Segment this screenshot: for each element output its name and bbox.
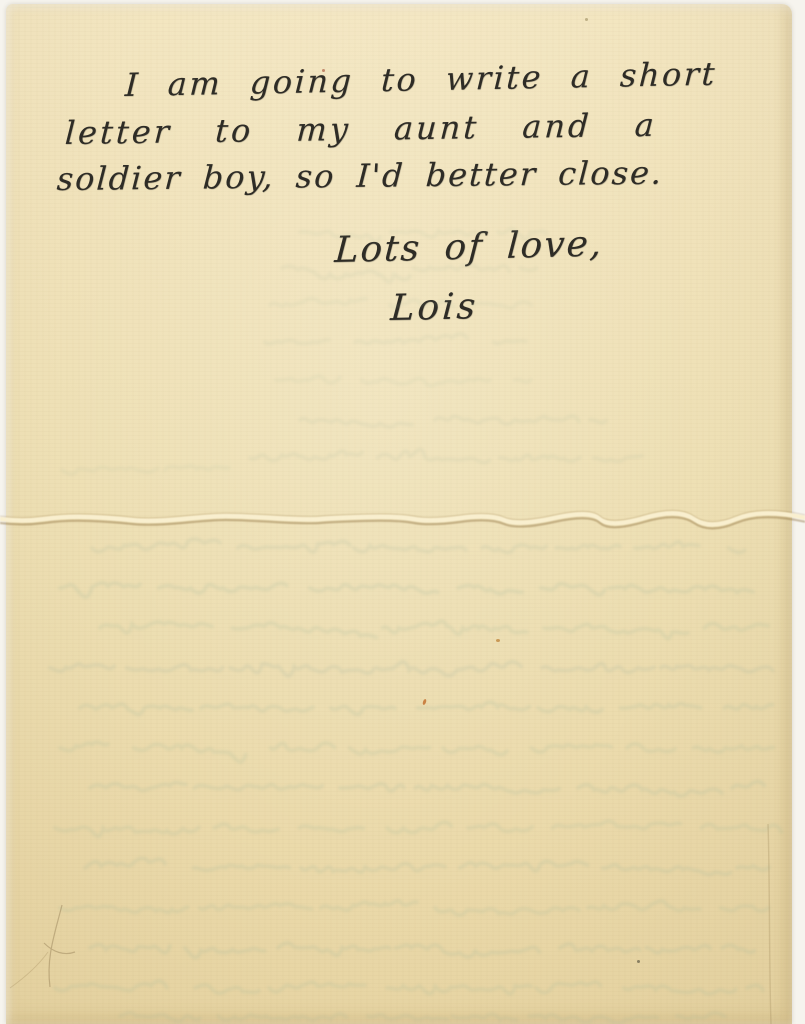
paper-speck <box>585 18 588 21</box>
paper-creases <box>0 0 805 1024</box>
scanned-letter: { "document": { "kind": "scanned handwri… <box>0 0 805 1024</box>
paper-speck <box>322 69 325 72</box>
paper-speck <box>496 639 500 642</box>
paper-speck <box>637 960 640 963</box>
